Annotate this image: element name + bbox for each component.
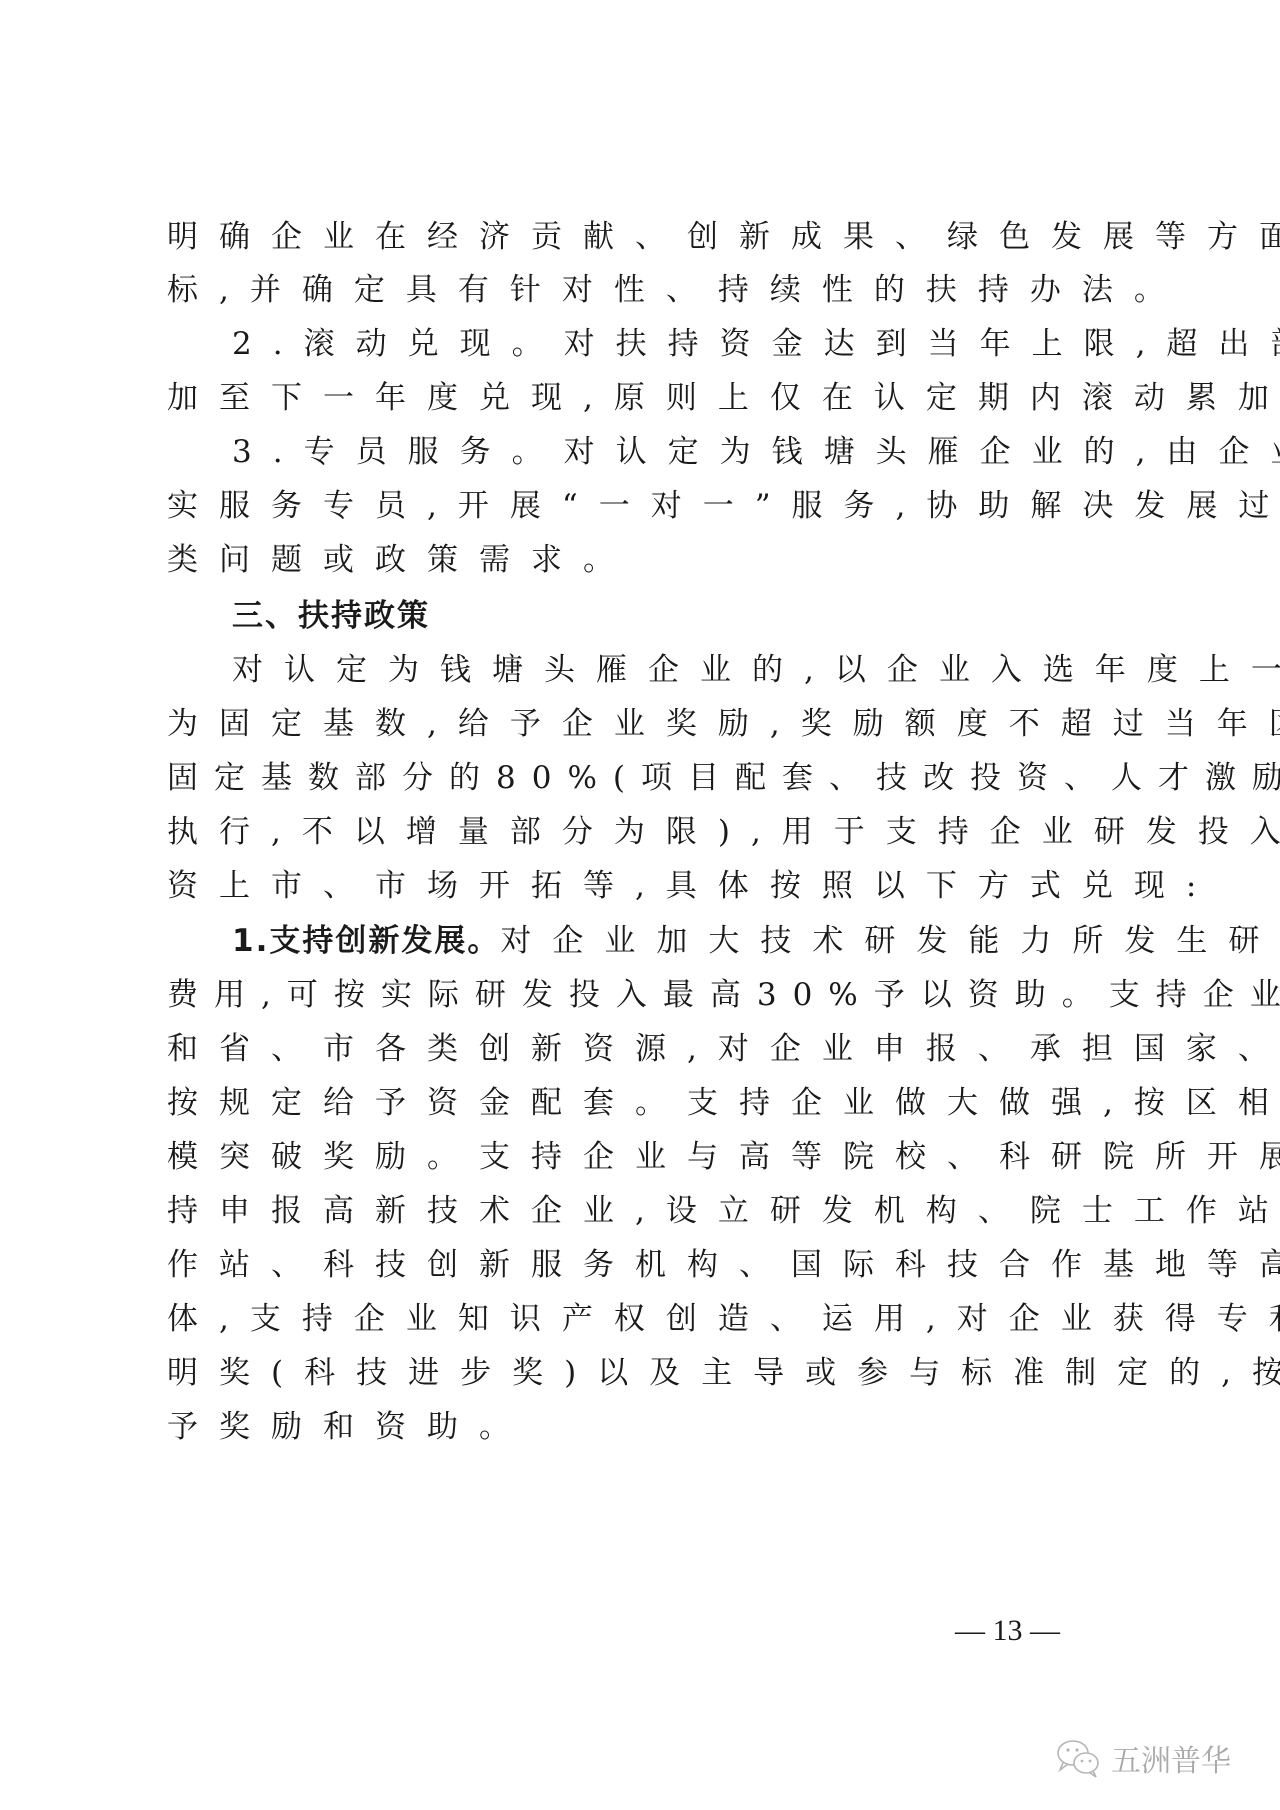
page-number: — 13 — (955, 1614, 1060, 1648)
section-heading: 三、扶持政策 (232, 596, 430, 636)
paragraph-line: 按规定给予资金配套。支持企业做大做强,按区相关政策享受规 (167, 1083, 1113, 1123)
paragraph-line: 持申报高新技术企业,设立研发机构、院士工作站、博士后科研工 (167, 1191, 1113, 1231)
paragraph-line: 标,并确定具有针对性、持续性的扶持办法。 (167, 270, 1113, 310)
watermark-text: 五洲普华 (1111, 1736, 1231, 1780)
paragraph-line: 3.专员服务。对认定为钱塘头雁企业的,由企业服务中心落 (232, 432, 1113, 472)
watermark: 五洲普华 (1055, 1735, 1231, 1780)
paragraph-line: 对认定为钱塘头雁企业的,以企业入选年度上一年对区贡献 (232, 650, 1113, 690)
paragraph-line: 执行,不以增量部分为限),用于支持企业研发投入、扩大投资、融 (167, 812, 1113, 852)
paragraph-line: 明奖(科技进步奖)以及主导或参与标准制定的,按区相关政策给 (167, 1353, 1113, 1393)
paragraph-line: 作站、科技创新服务机构、国际科技合作基地等高层次重大创新载 (167, 1245, 1113, 1285)
paragraph-line: 资上市、市场开拓等,具体按照以下方式兑现: (167, 866, 1113, 906)
item-1-line: 1.支持创新发展。 对企业加大技术研发能力所发生研究开发 (232, 921, 1113, 961)
paragraph-line: 类问题或政策需求。 (167, 540, 1113, 580)
paragraph-line: 予奖励和资助。 (167, 1407, 1113, 1447)
paragraph-line: 2.滚动兑现。对扶持资金达到当年上限,超出部分可滚动累 (232, 324, 1113, 364)
paragraph-line: 费用,可按实际研发投入最高30%予以资助。支持企业争取国家 (167, 975, 1113, 1015)
item-1-bold-label: 1.支持创新发展。 (232, 921, 500, 961)
paragraph-line: 固定基数部分的80%(项目配套、技改投资、人才激励按相关政策 (167, 758, 1113, 798)
paragraph-line: 模突破奖励。支持企业与高等院校、科研院所开展产学研合作,支 (167, 1137, 1113, 1177)
paragraph-line: 明确企业在经济贡献、创新成果、绿色发展等方面的三年发展目 (167, 217, 1113, 257)
item-1-text: 对企业加大技术研发能力所发生研究开发 (500, 921, 1280, 961)
paragraph-line: 体,支持企业知识产权创造、运用,对企业获得专利、品牌、技术发 (167, 1299, 1113, 1339)
paragraph-line: 为固定基数,给予企业奖励,奖励额度不超过当年区财政贡献超出 (167, 704, 1113, 744)
paragraph-line: 和省、市各类创新资源,对企业申报、承担国家、省市课题和项目, (167, 1029, 1113, 1069)
paragraph-line: 加至下一年度兑现,原则上仅在认定期内滚动累加。 (167, 378, 1113, 418)
paragraph-line: 实服务专员,开展“一对一”服务,协助解决发展过程中遇到的各 (167, 486, 1113, 526)
wechat-icon (1055, 1737, 1103, 1779)
document-page: 明确企业在经济贡献、创新成果、绿色发展等方面的三年发展目 标,并确定具有针对性、… (0, 0, 1280, 1810)
